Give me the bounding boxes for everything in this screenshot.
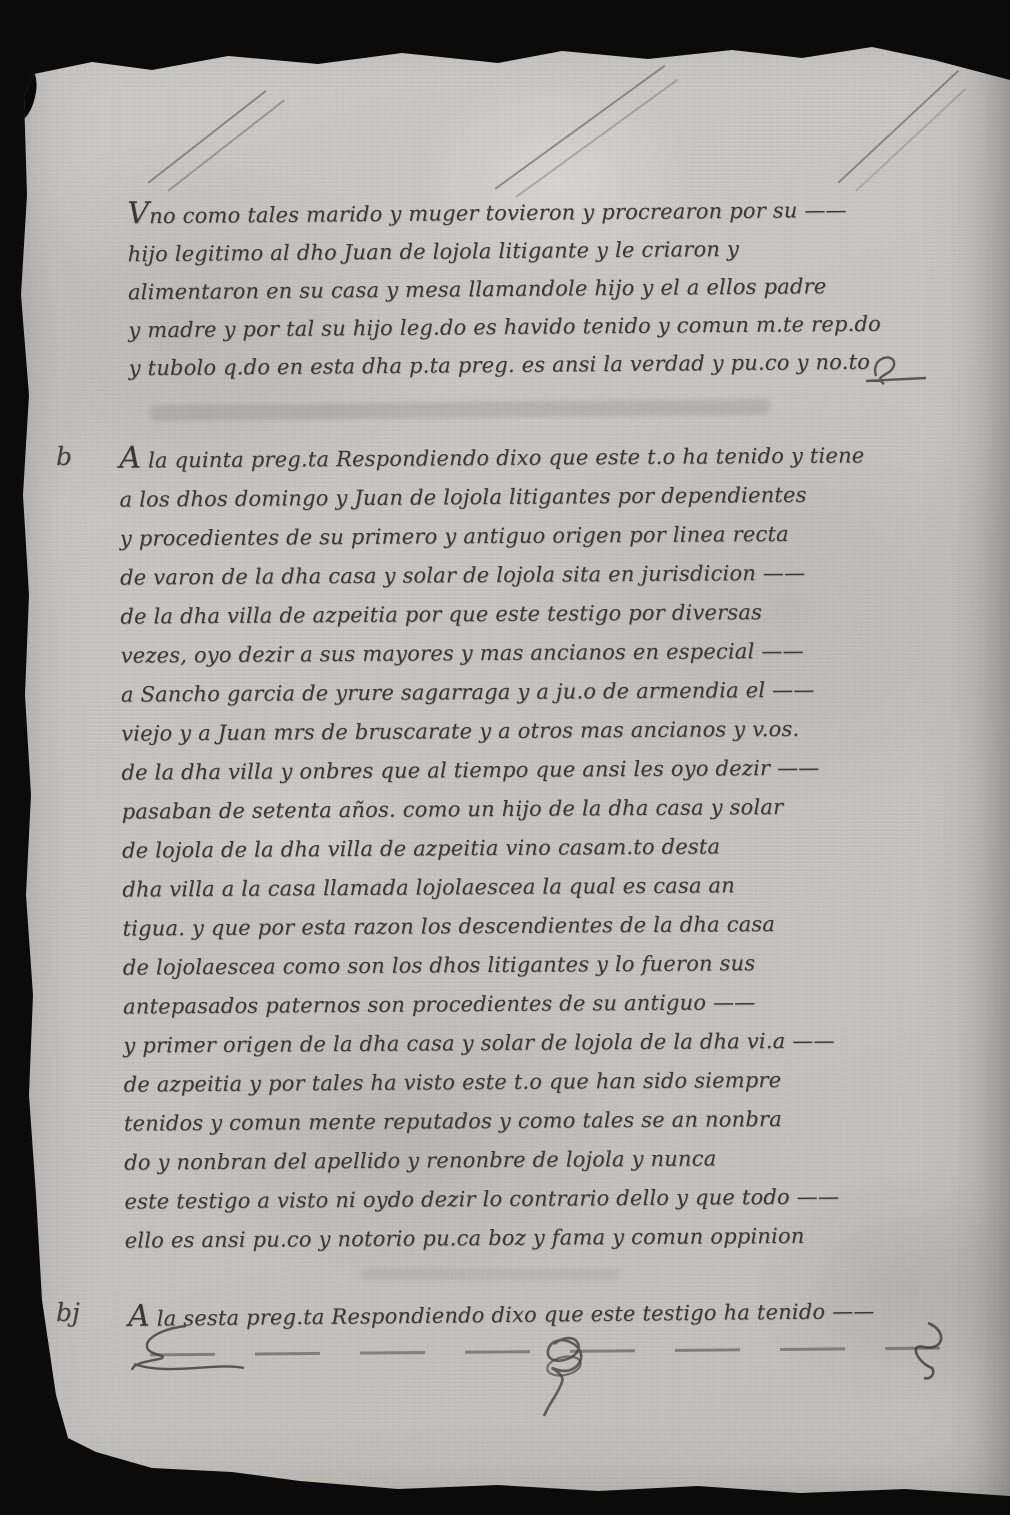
top-archival-mark: 7: [221, 21, 237, 45]
manuscript-line: y tubolo q.do en esta dha p.ta preg. es …: [129, 343, 882, 388]
manuscript-line: tenidos y comun mente reputados y como t…: [124, 1099, 869, 1143]
paper-tear: [0, 58, 40, 124]
manuscript-line: alimentaron en su casa y mesa llamandole…: [128, 267, 881, 312]
manuscript-line: dha villa a la casa llamada lojolaescea …: [122, 865, 867, 909]
manuscript-line: antepasados paternos son procedientes de…: [123, 982, 868, 1026]
paragraph-fourth-answer: Vno como tales marido y muger tovieron y…: [127, 189, 881, 388]
manuscript-line: de varon de la dha casa y solar de lojol…: [120, 553, 865, 597]
manuscript-line: a los dhos domingo y Juan de lojola liti…: [119, 475, 864, 519]
manuscript-line: y primer origen de la dha casa y solar d…: [123, 1021, 868, 1065]
paragraph-fifth-answer: A la quinta preg.ta Respondiendo dixo qu…: [119, 433, 870, 1260]
manuscript-line: Vno como tales marido y muger tovieron y…: [127, 189, 880, 236]
paper-tear: [0, 105, 18, 131]
ink-knot-flourish: [520, 1322, 606, 1418]
manuscript-line: viejo y a Juan mrs de bruscarate y a otr…: [121, 709, 866, 753]
pen-stroke: [494, 65, 665, 190]
folio-number: 24: [80, 1464, 105, 1482]
manuscript-line: ello es ansi pu.co y notorio pu.ca boz y…: [125, 1216, 870, 1260]
pen-stroke: [515, 79, 678, 198]
bleed-through-smudge: [150, 399, 770, 421]
pen-stroke: [837, 70, 959, 184]
manuscript-line: de lojola de la dha villa de azpeitia vi…: [122, 826, 867, 870]
scanned-manuscript-page: 7 Vno como tales marido y muger tovieron…: [0, 0, 1010, 1515]
pen-stroke: [147, 90, 266, 184]
manuscript-line: tigua. y que por esta razon los descendi…: [122, 904, 867, 948]
manuscript-line: a Sancho garcia de yrure sagarraga y a j…: [121, 670, 866, 714]
manuscript-line: este testigo a visto ni oydo dezir lo co…: [124, 1177, 869, 1221]
manuscript-line: de lojolaescea como son los dhos litigan…: [123, 943, 868, 987]
manuscript-line: pasaban de setenta años. como un hijo de…: [122, 787, 867, 831]
manuscript-line: do y nonbran del apellido y renonbre de …: [124, 1138, 869, 1182]
manuscript-line: de la dha villa y onbres que al tiempo q…: [121, 748, 866, 792]
pen-stroke: [855, 88, 966, 192]
manuscript-paper: 7 Vno como tales marido y muger tovieron…: [0, 0, 1010, 1515]
pen-stroke: [167, 99, 285, 192]
bleed-through-smudge: [360, 1268, 620, 1280]
rubric-flourish: [902, 1318, 957, 1383]
manuscript-line: A la quinta preg.ta Respondiendo dixo qu…: [119, 433, 864, 480]
manuscript-line: y procedientes de su primero y antiguo o…: [120, 514, 865, 558]
margin-mark-sesta: bj: [56, 1298, 80, 1327]
manuscript-line: de azpeitia y por tales ha visto este t.…: [124, 1060, 869, 1104]
manuscript-line: de la dha villa de azpeitia por que este…: [120, 592, 865, 636]
manuscript-line: hijo legitimo al dho Juan de lojola liti…: [128, 229, 881, 274]
rubric-flourish: [862, 350, 932, 395]
manuscript-line: vezes, oyo dezir a sus mayores y mas anc…: [121, 631, 866, 675]
margin-mark-quinta: b: [56, 442, 72, 471]
manuscript-line: y madre y por tal su hijo leg.do es havi…: [128, 305, 881, 350]
